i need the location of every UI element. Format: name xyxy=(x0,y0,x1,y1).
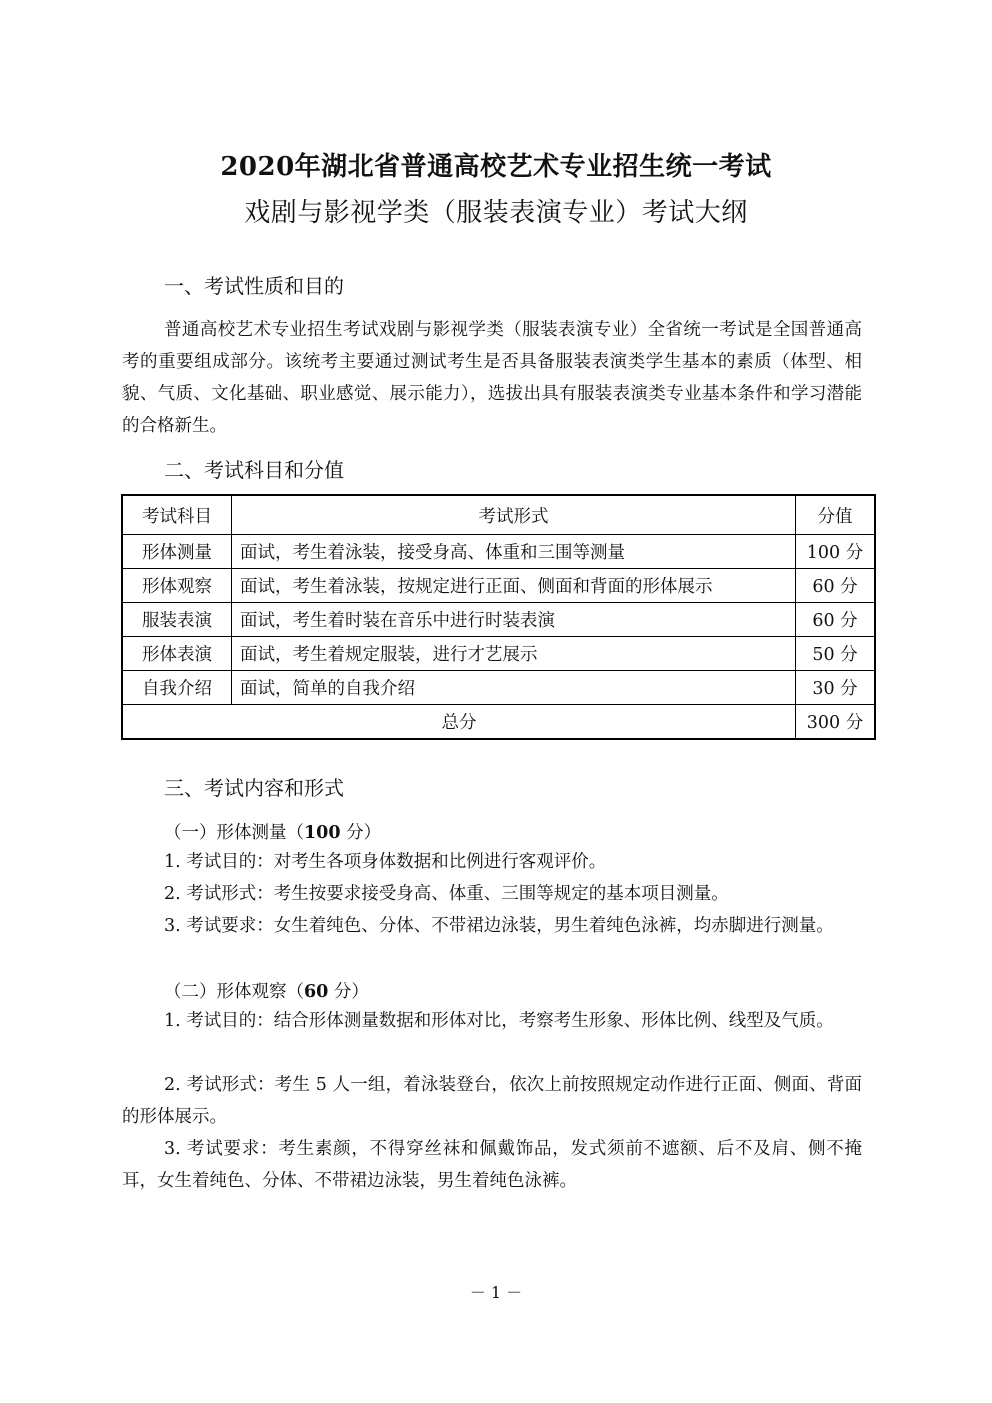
part1-item-3: 3. 考试要求：女生着纯色、分体、不带裙边泳装，男生着纯色泳裤，均赤脚进行测量。 xyxy=(122,910,862,942)
cell-subject: 形体观察 xyxy=(122,569,232,603)
cell-subject: 服装表演 xyxy=(122,603,232,637)
cell-form: 面试，考生着时装在音乐中进行时装表演 xyxy=(232,603,796,637)
total-score: 300 分 xyxy=(796,705,876,740)
cell-score: 100 分 xyxy=(796,535,876,569)
cell-form: 面试，考生着泳装，按规定进行正面、侧面和背面的形体展示 xyxy=(232,569,796,603)
section-heading-1: 一、考试性质和目的 xyxy=(164,270,344,299)
cell-subject: 自我介绍 xyxy=(122,671,232,705)
part2-item-2: 2. 考试形式：考生 5 人一组，着泳装登台，依次上前按照规定动作进行正面、侧面… xyxy=(122,1069,862,1133)
cell-score: 60 分 xyxy=(796,569,876,603)
part1-heading-score: 100 xyxy=(304,823,341,843)
table-header-row: 考试科目 考试形式 分值 xyxy=(122,495,875,535)
table-row: 形体表演 面试，考生着规定服装，进行才艺展示 50 分 xyxy=(122,637,875,671)
cell-score: 30 分 xyxy=(796,671,876,705)
section-heading-3: 三、考试内容和形式 xyxy=(164,772,344,801)
cell-form: 面试，简单的自我介绍 xyxy=(232,671,796,705)
cell-score: 60 分 xyxy=(796,603,876,637)
part2-item-1: 1. 考试目的：结合形体测量数据和形体对比，考察考生形象、形体比例、线型及气质。 xyxy=(122,1005,862,1037)
part2-heading-score: 60 xyxy=(304,982,328,1002)
section-heading-2: 二、考试科目和分值 xyxy=(164,454,344,483)
table-total-row: 总分 300 分 xyxy=(122,705,875,740)
table-header-subject: 考试科目 xyxy=(122,495,232,535)
part1-item-1: 1. 考试目的：对考生各项身体数据和比例进行客观评价。 xyxy=(122,846,862,878)
document-title-line1: 2020年湖北省普通高校艺术专业招生统一考试 xyxy=(0,146,992,183)
page-number: － 1 － xyxy=(0,1280,992,1303)
table-row: 服装表演 面试，考生着时装在音乐中进行时装表演 60 分 xyxy=(122,603,875,637)
table-header-score: 分值 xyxy=(796,495,876,535)
part2-item-3: 3. 考试要求：考生素颜，不得穿丝袜和佩戴饰品，发式须前不遮额、后不及肩、侧不掩… xyxy=(122,1133,862,1197)
table-header-form: 考试形式 xyxy=(232,495,796,535)
part1-heading-suffix: 分） xyxy=(341,823,382,843)
part2-heading: （二）形体观察（60 分） xyxy=(164,978,369,1003)
cell-subject: 形体表演 xyxy=(122,637,232,671)
part2-heading-prefix: （二）形体观察（ xyxy=(164,982,304,1002)
document-title-line2: 戏剧与影视学类（服装表演专业）考试大纲 xyxy=(0,192,992,229)
score-table: 考试科目 考试形式 分值 形体测量 面试，考生着泳装，接受身高、体重和三围等测量… xyxy=(121,494,876,740)
part1-item-2: 2. 考试形式：考生按要求接受身高、体重、三围等规定的基本项目测量。 xyxy=(122,878,862,910)
table-row: 自我介绍 面试，简单的自我介绍 30 分 xyxy=(122,671,875,705)
total-label: 总分 xyxy=(122,705,796,740)
table-row: 形体观察 面试，考生着泳装，按规定进行正面、侧面和背面的形体展示 60 分 xyxy=(122,569,875,603)
part1-heading-prefix: （一）形体测量（ xyxy=(164,823,304,843)
part1-heading: （一）形体测量（100 分） xyxy=(164,819,381,844)
table-row: 形体测量 面试，考生着泳装，接受身高、体重和三围等测量 100 分 xyxy=(122,535,875,569)
section-1-paragraph: 普通高校艺术专业招生考试戏剧与影视学类（服装表演专业）全省统一考试是全国普通高考… xyxy=(122,314,862,442)
cell-form: 面试，考生着泳装，接受身高、体重和三围等测量 xyxy=(232,535,796,569)
cell-form: 面试，考生着规定服装，进行才艺展示 xyxy=(232,637,796,671)
part2-heading-suffix: 分） xyxy=(328,982,369,1002)
cell-subject: 形体测量 xyxy=(122,535,232,569)
cell-score: 50 分 xyxy=(796,637,876,671)
document-page: 2020年湖北省普通高校艺术专业招生统一考试 戏剧与影视学类（服装表演专业）考试… xyxy=(0,0,992,1403)
